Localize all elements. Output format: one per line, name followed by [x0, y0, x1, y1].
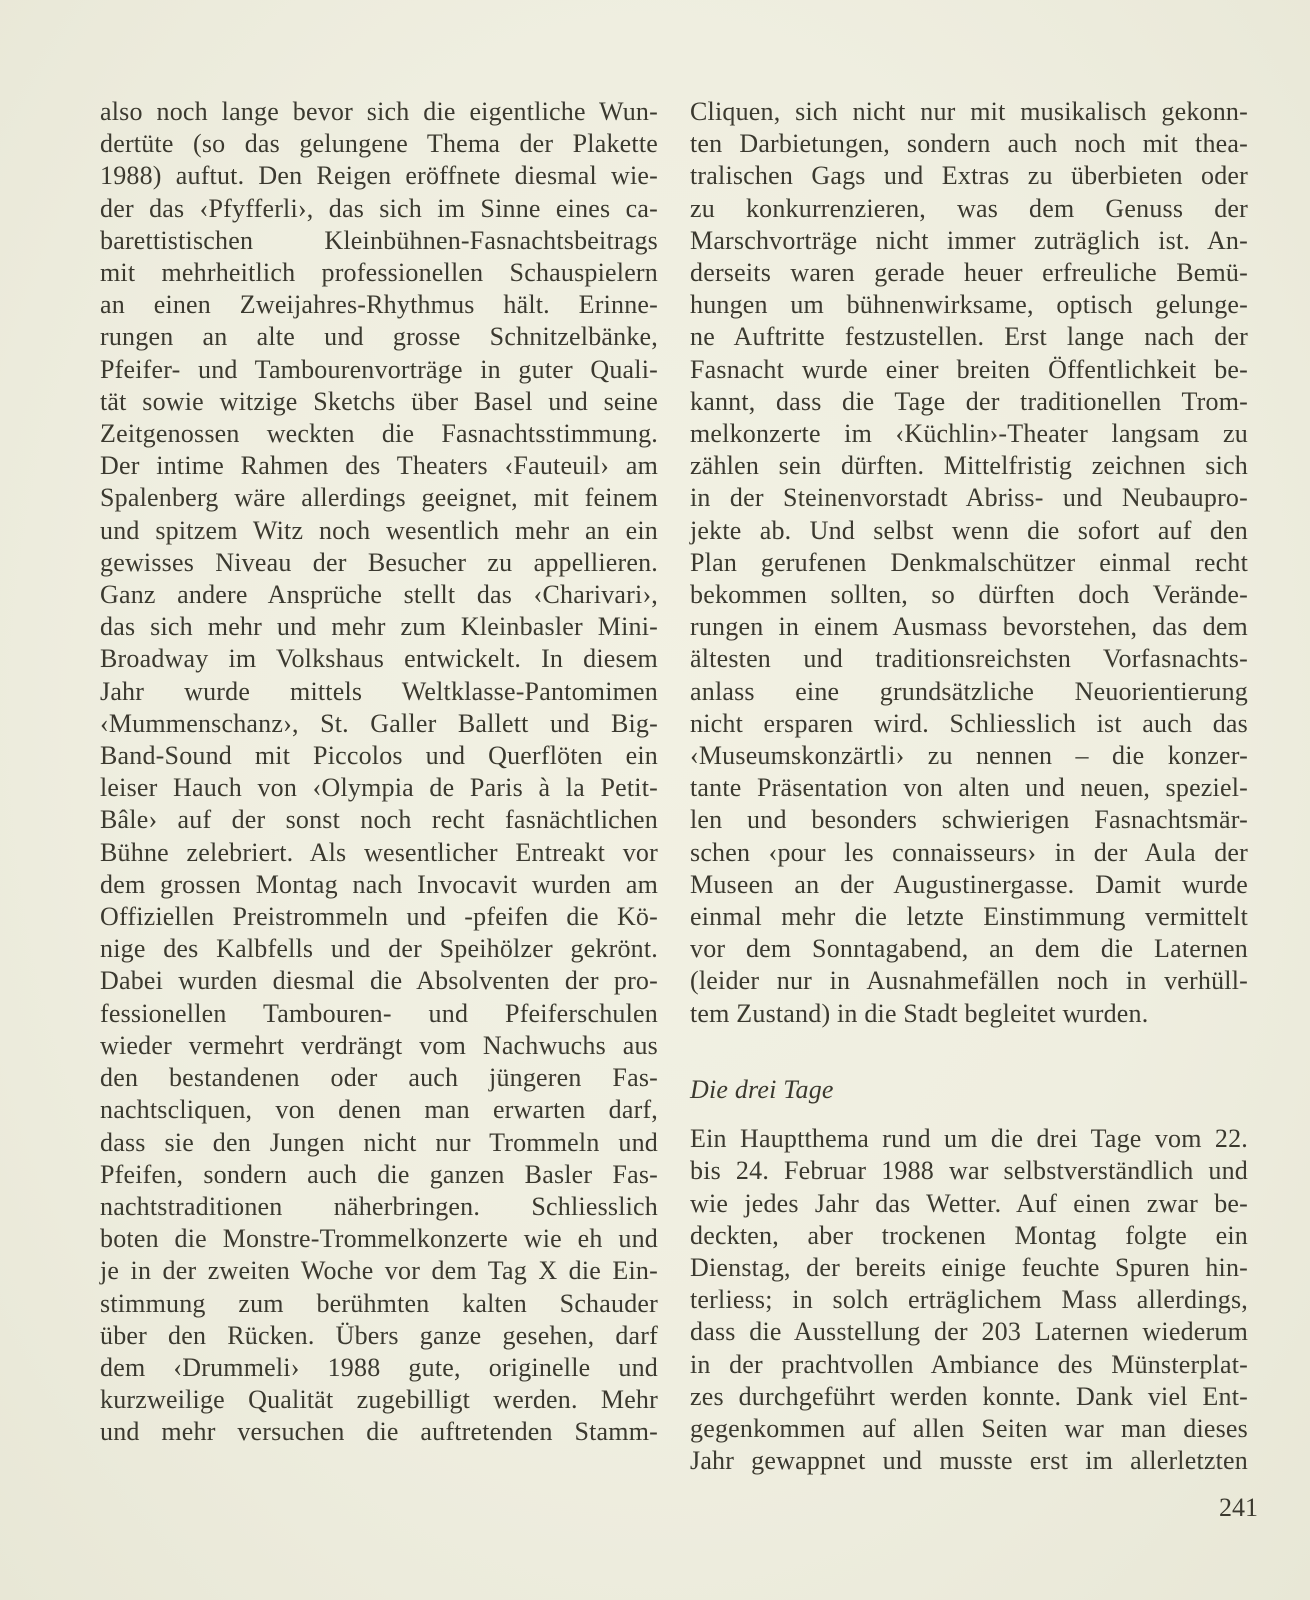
- text-line: also noch lange bevor sich die eigentlic…: [100, 96, 658, 128]
- text-line: leiser Hauch von ‹Olympia de Paris à la …: [100, 772, 658, 804]
- text-line: Jahr wurde mittels Weltklasse-Pantomimen: [100, 676, 658, 708]
- text-line: bekommen sollten, so dürften doch Veränd…: [690, 579, 1248, 611]
- text-line: Band-Sound mit Piccolos und Querflöten e…: [100, 740, 658, 772]
- text-line: ten Darbietungen, sondern auch noch mit …: [690, 128, 1248, 160]
- text-line: 1988) auftut. Den Reigen eröffnete diesm…: [100, 160, 658, 192]
- text-line: Dabei wurden diesmal die Absolventen der…: [100, 965, 658, 997]
- text-line: tralischen Gags und Extras zu überbieten…: [690, 160, 1248, 192]
- text-line: tät sowie witzige Sketchs über Basel und…: [100, 386, 658, 418]
- text-line: Cliquen, sich nicht nur mit musikalisch …: [690, 96, 1248, 128]
- text-line: der das ‹Pfyfferli›, das sich im Sinne e…: [100, 193, 658, 225]
- text-line: Broadway im Volkshaus entwickelt. In die…: [100, 643, 658, 675]
- text-line: zes durchgeführt werden konnte. Dank vie…: [690, 1381, 1248, 1413]
- text-line: kannt, dass die Tage der traditionellen …: [690, 386, 1248, 418]
- text-line: wieder vermehrt verdrängt vom Nachwuchs …: [100, 1030, 658, 1062]
- text-line: Fasnacht wurde einer breiten Öffentlichk…: [690, 354, 1248, 386]
- text-line: melkonzerte im ‹Küchlin›-Theater langsam…: [690, 418, 1248, 450]
- text-line: den bestandenen oder auch jüngeren Fas-: [100, 1062, 658, 1094]
- text-line: jekte ab. Und selbst wenn die sofort auf…: [690, 515, 1248, 547]
- text-line: mit mehrheitlich professionellen Schausp…: [100, 257, 658, 289]
- text-line: Der intime Rahmen des Theaters ‹Fauteuil…: [100, 450, 658, 482]
- text-line: ‹Museumskonzärtli› zu nennen – die konze…: [690, 740, 1248, 772]
- text-line: fessionellen Tambouren- und Pfeiferschul…: [100, 998, 658, 1030]
- text-line: Bâle› auf der sonst noch recht fasnächtl…: [100, 804, 658, 836]
- text-line: und mehr versuchen die auftretenden Stam…: [100, 1416, 658, 1448]
- text-line: barettistischen Kleinbühnen-Fasnachtsbei…: [100, 225, 658, 257]
- text-line: (leider nur in Ausnahmefällen noch in ve…: [690, 965, 1248, 997]
- text-line: gewisses Niveau der Besucher zu appellie…: [100, 547, 658, 579]
- text-line: Bühne zelebriert. Als wesentlicher Entre…: [100, 837, 658, 869]
- text-line: ältesten und traditionsreichsten Vorfasn…: [690, 643, 1248, 675]
- text-line: über den Rücken. Übers ganze gesehen, da…: [100, 1320, 658, 1352]
- book-page: also noch lange bevor sich die eigentlic…: [0, 0, 1310, 1600]
- text-line: nachtstraditionen näherbringen. Schliess…: [100, 1191, 658, 1223]
- text-line: nicht ersparen wird. Schliesslich ist au…: [690, 708, 1248, 740]
- text-line: nige des Kalbfells und der Speihölzer ge…: [100, 933, 658, 965]
- text-line: bis 24. Februar 1988 war selbstverständl…: [690, 1155, 1248, 1187]
- text-line: ne Auftritte festzustellen. Erst lange n…: [690, 321, 1248, 353]
- text-line: in der prachtvollen Ambiance des Münster…: [690, 1349, 1248, 1381]
- text-line: Dienstag, der bereits einige feuchte Spu…: [690, 1252, 1248, 1284]
- left-column: also noch lange bevor sich die eigentlic…: [100, 96, 658, 1477]
- text-line: gegenkommen auf allen Seiten war man die…: [690, 1413, 1248, 1445]
- text-line: wie jedes Jahr das Wetter. Auf einen zwa…: [690, 1188, 1248, 1220]
- text-line: vor dem Sonntagabend, an dem die Laterne…: [690, 933, 1248, 965]
- text-line: boten die Monstre-Trommelkonzerte wie eh…: [100, 1223, 658, 1255]
- text-line: Ein Hauptthema rund um die drei Tage vom…: [690, 1123, 1248, 1155]
- text-line: Pfeifer- und Tambourenvorträge in guter …: [100, 354, 658, 386]
- right-column: Cliquen, sich nicht nur mit musikalisch …: [690, 96, 1248, 1477]
- text-line: je in der zweiten Woche vor dem Tag X di…: [100, 1255, 658, 1287]
- text-line: Zeitgenossen weckten die Fasnachtsstimmu…: [100, 418, 658, 450]
- text-line: len und besonders schwierigen Fasnachtsm…: [690, 804, 1248, 836]
- text-line: dertüte (so das gelungene Thema der Plak…: [100, 128, 658, 160]
- text-line: dem grossen Montag nach Invocavit wurden…: [100, 869, 658, 901]
- text-line: rungen in einem Ausmass bevorstehen, das…: [690, 611, 1248, 643]
- text-line: nachtscliquen, von denen man erwarten da…: [100, 1094, 658, 1126]
- text-line: an einen Zweijahres-Rhythmus hält. Erinn…: [100, 289, 658, 321]
- text-line: schen ‹pour les connaisseurs› in der Aul…: [690, 837, 1248, 869]
- text-line: Museen an der Augustinergasse. Damit wur…: [690, 869, 1248, 901]
- text-line: stimmung zum berühmten kalten Schauder: [100, 1288, 658, 1320]
- section-heading: Die drei Tage: [690, 1074, 1248, 1106]
- text-line: und spitzem Witz noch wesentlich mehr an…: [100, 515, 658, 547]
- text-line: zu konkurrenzieren, was dem Genuss der: [690, 193, 1248, 225]
- text-line: zählen sein dürften. Mittelfristig zeich…: [690, 450, 1248, 482]
- page-number: 241: [1219, 1492, 1258, 1524]
- text-line: Plan gerufenen Denkmalschützer einmal re…: [690, 547, 1248, 579]
- text-line: das sich mehr und mehr zum Kleinbasler M…: [100, 611, 658, 643]
- text-line: anlass eine grundsätzliche Neuorientieru…: [690, 676, 1248, 708]
- text-line: Pfeifen, sondern auch die ganzen Basler …: [100, 1159, 658, 1191]
- text-line: hungen um bühnenwirksame, optisch gelung…: [690, 289, 1248, 321]
- text-line: rungen an alte und grosse Schnitzelbänke…: [100, 321, 658, 353]
- text-line: in der Steinenvorstadt Abriss- und Neuba…: [690, 482, 1248, 514]
- text-line: tem Zustand) in die Stadt begleitet wurd…: [690, 998, 1248, 1030]
- text-line: kurzweilige Qualität zugebilligt werden.…: [100, 1384, 658, 1416]
- text-line: Marschvorträge nicht immer zuträglich is…: [690, 225, 1248, 257]
- text-line: tante Präsentation von alten und neuen, …: [690, 772, 1248, 804]
- text-line: ‹Mummenschanz›, St. Galler Ballett und B…: [100, 708, 658, 740]
- text-line: dass die Ausstellung der 203 Laternen wi…: [690, 1316, 1248, 1348]
- text-line: dass sie den Jungen nicht nur Trommeln u…: [100, 1127, 658, 1159]
- text-line: derseits waren gerade heuer erfreuliche …: [690, 257, 1248, 289]
- text-line: terliess; in solch erträglichem Mass all…: [690, 1284, 1248, 1316]
- text-line: deckten, aber trockenen Montag folgte ei…: [690, 1220, 1248, 1252]
- text-line: Ganz andere Ansprüche stellt das ‹Chariv…: [100, 579, 658, 611]
- text-line: Spalenberg wäre allerdings geeignet, mit…: [100, 482, 658, 514]
- text-line: Offiziellen Preistrommeln und -pfeifen d…: [100, 901, 658, 933]
- text-line: dem ‹Drummeli› 1988 gute, originelle und: [100, 1352, 658, 1384]
- text-line: Jahr gewappnet und musste erst im allerl…: [690, 1445, 1248, 1477]
- text-columns: also noch lange bevor sich die eigentlic…: [100, 96, 1248, 1477]
- text-line: einmal mehr die letzte Einstimmung vermi…: [690, 901, 1248, 933]
